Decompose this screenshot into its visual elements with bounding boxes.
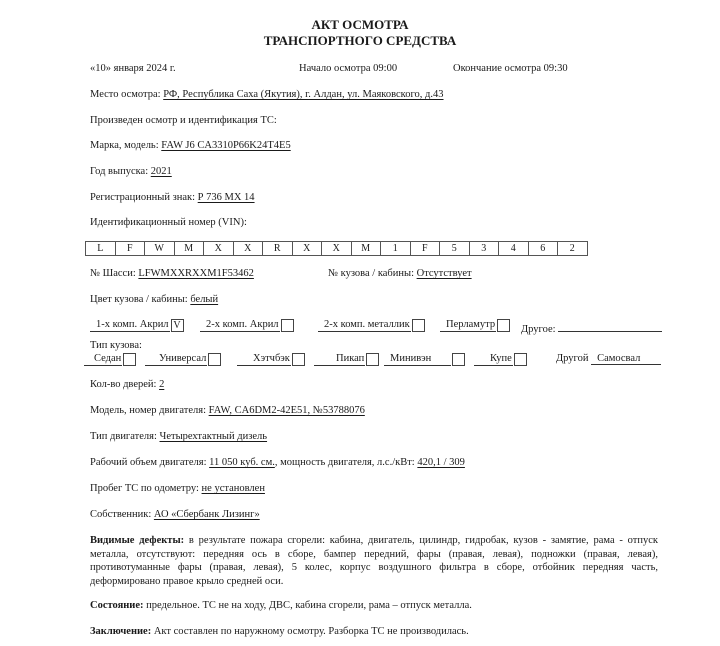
vin-char-cell: W <box>145 242 175 256</box>
make-model-row: Марка, модель: FAW J6 CA3310P66K24T4E5 <box>90 140 291 151</box>
vin-char-cell: X <box>322 242 352 256</box>
conclusion-label: Заключение: <box>90 626 151 637</box>
vin-char-cell: 4 <box>499 242 529 256</box>
vin-char-cell: 1 <box>381 242 411 256</box>
engine-type-row: Тип двигателя: Четырехтактный дизель <box>90 431 267 442</box>
year-row: Год выпуска: 2021 <box>90 166 172 177</box>
owner-row: Собственник: АО «Сбербанк Лизинг» <box>90 509 260 520</box>
body-type-other-label: Другой <box>556 353 588 364</box>
reg-plate-value: Р 736 МХ 14 <box>198 192 255 203</box>
body-type-option-label: Седан <box>84 352 122 366</box>
vin-char-cell: R <box>263 242 293 256</box>
paint-option-1: 1-х комп. АкрилV <box>90 318 184 332</box>
vin-label: Идентификационный номер (VIN): <box>90 217 247 228</box>
body-type-hatchback: Хэтчбэк <box>237 352 305 366</box>
identification-label: Произведен осмотр и идентификация ТС: <box>90 115 277 126</box>
body-type-checkbox[interactable] <box>292 353 305 366</box>
body-type-checkbox[interactable] <box>123 353 136 366</box>
condition-paragraph: Состояние: предельное. ТС не на ходу, ДВ… <box>90 599 658 613</box>
vin-char-cell: X <box>204 242 234 256</box>
engine-model-label: Модель, номер двигателя: <box>90 405 209 416</box>
paint-checkbox[interactable] <box>281 319 294 332</box>
body-type-minivan: Минивэн <box>384 352 465 366</box>
body-type-checkbox[interactable] <box>208 353 221 366</box>
inspection-start: Начало осмотра 09:00 <box>299 63 397 74</box>
condition-label: Состояние: <box>90 600 144 611</box>
body-type-checkbox[interactable] <box>514 353 527 366</box>
body-type-checkbox[interactable] <box>366 353 379 366</box>
title-line2: ТРАНСПОРТНОГО СРЕДСТВА <box>0 33 720 49</box>
mileage-row: Пробег ТС по одометру: не установлен <box>90 483 265 494</box>
vin-char-cell: M <box>174 242 204 256</box>
paint-option-label: Перламутр <box>440 318 496 332</box>
body-type-pickup: Пикап <box>314 352 379 366</box>
vin-char-cell: F <box>410 242 440 256</box>
color-row: Цвет кузова / кабины: белый <box>90 294 218 305</box>
color-label: Цвет кузова / кабины: <box>90 294 190 305</box>
reg-plate-row: Регистрационный знак: Р 736 МХ 14 <box>90 192 255 203</box>
vin-char-cell: 2 <box>558 242 588 256</box>
vin-char-cell: X <box>233 242 263 256</box>
condition-text: предельное. ТС не на ходу, ДВС, кабина с… <box>144 600 472 611</box>
color-value: белый <box>190 294 218 305</box>
engine-model-value: FAW, CA6DM2-42E51, №53788076 <box>209 405 365 416</box>
paint-other: Другое: <box>521 319 662 335</box>
inspection-end: Окончание осмотра 09:30 <box>453 63 568 74</box>
vin-char-cell: 5 <box>440 242 470 256</box>
make-model-label: Марка, модель: <box>90 140 161 151</box>
title-line1: АКТ ОСМОТРА <box>0 17 720 33</box>
place-value: РФ, Республика Саха (Якутия), г. Алдан, … <box>163 89 443 100</box>
engine-power-value: 420,1 / 309 <box>417 457 465 468</box>
engine-power-label: , мощность двигателя, л.с./кВт: <box>275 457 418 468</box>
body-type-sedan: Седан <box>84 352 136 366</box>
vin-char-cell: X <box>292 242 322 256</box>
paint-checkbox[interactable] <box>497 319 510 332</box>
inspection-date: «10» января 2024 г. <box>90 63 176 74</box>
engine-volume-value: 11 050 куб. см. <box>209 457 275 468</box>
conclusion-text: Акт составлен по наружному осмотру. Разб… <box>151 626 469 637</box>
year-value: 2021 <box>151 166 172 177</box>
defects-paragraph: Видимые дефекты: в результате пожара сго… <box>90 534 658 588</box>
body-type-label: Тип кузова: <box>90 340 142 351</box>
engine-volume-label: Рабочий объем двигателя: <box>90 457 209 468</box>
body-type-option-label: Универсал <box>145 352 207 366</box>
body-type-coupe: Купе <box>474 352 527 366</box>
body-type-option-label: Хэтчбэк <box>237 352 291 366</box>
chassis-value: LFWMXXRXXM1F53462 <box>138 268 254 279</box>
vin-char-cell: 3 <box>469 242 499 256</box>
paint-option-label: 2-х комп. металлик <box>318 318 411 332</box>
body-number-label: № кузова / кабины: <box>328 268 417 279</box>
body-number-row: № кузова / кабины: Отсутствует <box>328 268 472 279</box>
mileage-label: Пробег ТС по одометру: <box>90 483 202 494</box>
year-label: Год выпуска: <box>90 166 151 177</box>
paint-option-3: 2-х комп. металлик <box>318 318 425 332</box>
vin-char-cell: M <box>351 242 381 256</box>
body-type-option-label: Минивэн <box>384 352 451 366</box>
paint-checkbox[interactable]: V <box>171 319 184 332</box>
body-type-checkbox[interactable] <box>452 353 465 366</box>
vin-table: LFWMXXRXXM1F53462 <box>85 241 588 256</box>
body-type-other: Другой Самосвал <box>556 353 661 365</box>
reg-plate-label: Регистрационный знак: <box>90 192 198 203</box>
mileage-value: не установлен <box>202 483 265 494</box>
vin-char-cell: 6 <box>528 242 558 256</box>
paint-other-field[interactable] <box>558 319 662 332</box>
engine-type-label: Тип двигателя: <box>90 431 160 442</box>
conclusion-paragraph: Заключение: Акт составлен по наружному о… <box>90 625 658 639</box>
vin-char-cell: L <box>86 242 116 256</box>
chassis-label: № Шасси: <box>90 268 138 279</box>
paint-option-label: 2-х комп. Акрил <box>200 318 280 332</box>
defects-label: Видимые дефекты: <box>90 535 184 546</box>
body-type-option-label: Пикап <box>314 352 365 366</box>
place-label: Место осмотра: <box>90 89 163 100</box>
owner-label: Собственник: <box>90 509 154 520</box>
doors-row: Кол-во дверей: 2 <box>90 379 164 390</box>
engine-type-value: Четырехтактный дизель <box>160 431 268 442</box>
paint-option-4: Перламутр <box>440 318 510 332</box>
engine-volume-row: Рабочий объем двигателя: 11 050 куб. см.… <box>90 457 465 468</box>
paint-other-label: Другое: <box>521 324 556 335</box>
make-model-value: FAW J6 CA3310P66K24T4E5 <box>161 140 290 151</box>
place-row: Место осмотра: РФ, Республика Саха (Якут… <box>90 89 444 100</box>
engine-model-row: Модель, номер двигателя: FAW, CA6DM2-42E… <box>90 405 365 416</box>
body-type-wagon: Универсал <box>145 352 221 366</box>
doors-value: 2 <box>159 379 164 390</box>
body-number-value: Отсутствует <box>417 268 472 279</box>
body-type-option-label: Купе <box>474 352 513 366</box>
body-type-other-value[interactable]: Самосвал <box>591 353 661 365</box>
chassis-row: № Шасси: LFWMXXRXXM1F53462 <box>90 268 254 279</box>
paint-option-label: 1-х комп. Акрил <box>90 318 170 332</box>
paint-option-2: 2-х комп. Акрил <box>200 318 294 332</box>
owner-value: АО «Сбербанк Лизинг» <box>154 509 260 520</box>
paint-checkbox[interactable] <box>412 319 425 332</box>
doors-label: Кол-во дверей: <box>90 379 159 390</box>
vin-char-cell: F <box>115 242 145 256</box>
